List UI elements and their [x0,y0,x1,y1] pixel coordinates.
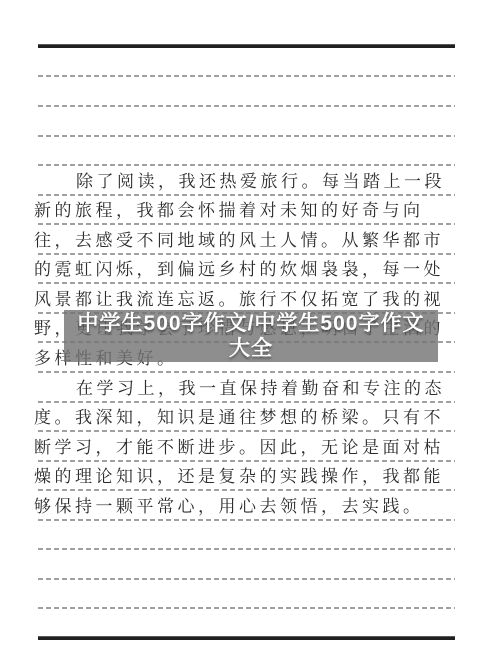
ruled-dashed-line [38,75,455,77]
ruled-dashed-line [38,164,455,166]
ruled-dashed-line [38,548,455,550]
paper-bottom-border-line [38,636,455,640]
ruled-dashed-line [38,578,455,580]
essay-line: 断学习，才能不断进步。因此，无论是面对枯 [34,435,464,461]
essay-line: 燥的理论知识，还是复杂的实践操作，我都能 [34,464,464,490]
paper-top-border-line [38,44,455,48]
essay-line: 够保持一颗平常心，用心去领悟，去实践。 [34,494,464,520]
essay-line: 往，去感受不同地域的风土人情。从繁华都市 [34,228,464,254]
essay-line: 度。我深知，知识是通往梦想的桥梁。只有不 [34,405,464,431]
ruled-dashed-line [38,105,455,107]
ruled-dashed-line [38,135,455,137]
essay-line: 除了阅读，我还热爱旅行。每当踏上一段 [34,169,500,195]
essay-line: 的霓虹闪烁，到偏远乡村的炊烟袅袅，每一处 [34,257,464,283]
ruled-dashed-line [38,607,455,609]
essay-photo-page: 除了阅读，我还热爱旅行。每当踏上一段新的旅程，我都会怀揣着对未知的好奇与向往，去… [0,0,500,666]
essay-line: 风景都让我流连忘返。旅行不仅拓宽了我的视 [34,287,464,313]
title-overlay: 中学生500字作文/中学生500字作文 大全 [64,310,438,362]
essay-line: 在学习上，我一直保持着勤奋和专注的态 [34,376,500,402]
essay-line: 新的旅程，我都会怀揣着对未知的好奇与向 [34,198,464,224]
overlay-title-line-1: 中学生500字作文/中学生500字作文 [78,311,425,336]
overlay-title-line-2: 大全 [229,336,273,361]
